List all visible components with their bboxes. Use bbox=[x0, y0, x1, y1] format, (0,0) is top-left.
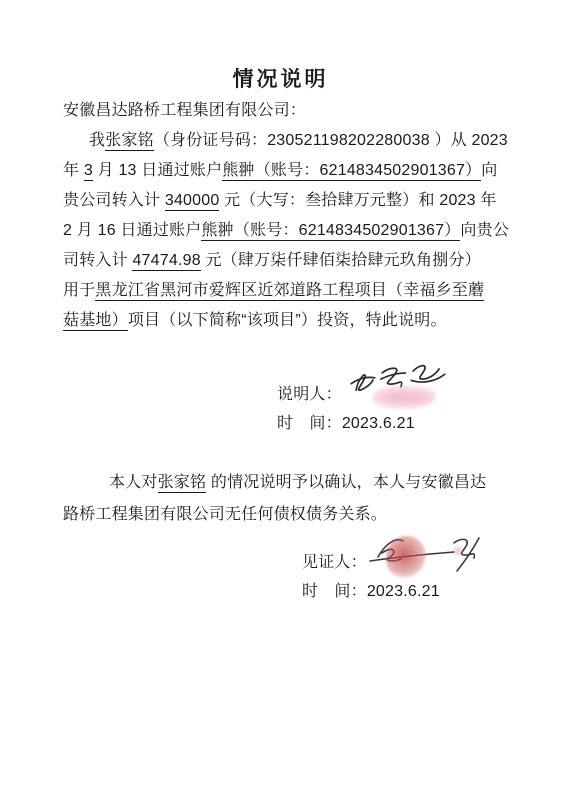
underlined-declarant-name: 张家铭 bbox=[105, 132, 154, 151]
underlined-project-name: 黑龙江省黑河市爱辉区近郊道路工程项目（幸福乡至蘑 bbox=[95, 282, 484, 301]
text-segment: 贵公司转入计 bbox=[63, 192, 165, 209]
underlined-amount: 340000 bbox=[165, 192, 220, 211]
body-line-3: 贵公司转入计 340000 元（大写：叁拾肆万元整）和 2023 年 bbox=[63, 186, 497, 216]
witness-date-line: 时 间：2023.6.21 bbox=[302, 577, 440, 607]
date-label: 时 间： bbox=[277, 415, 342, 432]
date-label: 时 间： bbox=[302, 583, 367, 600]
text-segment: 向 bbox=[481, 162, 497, 179]
body-line-4: 2 月 16 日通过账户熊翀（账号：6214834502901367）向贵公 bbox=[63, 216, 509, 246]
text-segment: 项目（以下简称“该项目”）投资，特此说明。 bbox=[128, 312, 447, 329]
body-line-7: 菇基地）项目（以下简称“该项目”）投资，特此说明。 bbox=[63, 306, 447, 336]
text-segment: 元（大写：叁拾肆万元整）和 2023 年 bbox=[219, 192, 496, 209]
underlined-declarant-name: 张家铭 bbox=[158, 474, 207, 493]
text-segment: 2 月 16 日通过账户 bbox=[63, 222, 201, 239]
recipient-line: 安徽昌达路桥工程集团有限公司： bbox=[63, 96, 306, 126]
text-segment: 向贵公 bbox=[460, 222, 509, 239]
underlined-account-holder: 熊翀（账号：6214834502901367） bbox=[201, 222, 460, 241]
text-segment: 用于 bbox=[63, 282, 95, 299]
underlined-project-name: 菇基地） bbox=[63, 312, 128, 331]
text-segment: 元（肆万柒仟肆佰柒拾肆元玖角捌分） bbox=[201, 252, 481, 269]
body-line-2: 年 3 月 13 日通过账户熊翀（账号：6214834502901367）向 bbox=[63, 156, 498, 186]
statement-date-line: 时 间：2023.6.21 bbox=[277, 409, 415, 439]
text-segment: 本人对 bbox=[109, 474, 158, 491]
date-value: 2023.6.21 bbox=[342, 415, 415, 432]
body-line-5: 司转入计 47474.98 元（肆万柒仟肆佰柒拾肆元玖角捌分） bbox=[63, 246, 481, 276]
witness-signer-label: 见证人： bbox=[302, 548, 367, 578]
statement-signer-label: 说明人： bbox=[277, 380, 342, 410]
date-value: 2023.6.21 bbox=[367, 583, 440, 600]
confirmation-line-1: 本人对张家铭 的情况说明予以确认，本人与安徽昌达 bbox=[63, 468, 486, 498]
body-line-1: 我张家铭（身份证号码：230521198202280038 ）从 2023 bbox=[63, 126, 508, 156]
text-segment: 司转入计 bbox=[63, 252, 132, 269]
confirmation-line-2: 路桥工程集团有限公司无任何债权债务关系。 bbox=[63, 500, 387, 530]
text-segment: 年 bbox=[63, 162, 84, 179]
pink-stamp-smudge bbox=[372, 384, 436, 410]
document-page: 情况说明 安徽昌达路桥工程集团有限公司： 我张家铭（身份证号码：23052119… bbox=[0, 0, 561, 795]
text-segment: 我 bbox=[89, 132, 105, 149]
underlined-amount: 47474.98 bbox=[132, 252, 200, 271]
underlined-month: 3 bbox=[84, 162, 93, 181]
underlined-account-holder: 熊翀（账号：6214834502901367） bbox=[222, 162, 481, 181]
red-stamp-trace bbox=[450, 545, 466, 557]
document-title: 情况说明 bbox=[0, 63, 561, 93]
text-segment: 的情况说明予以确认，本人与安徽昌达 bbox=[206, 474, 486, 491]
body-line-6: 用于黑龙江省黑河市爱辉区近郊道路工程项目（幸福乡至蘑 bbox=[63, 276, 484, 306]
text-segment: 月 13 日通过账户 bbox=[93, 162, 222, 179]
text-segment: （身份证号码：230521198202280038 ）从 2023 bbox=[154, 132, 508, 149]
